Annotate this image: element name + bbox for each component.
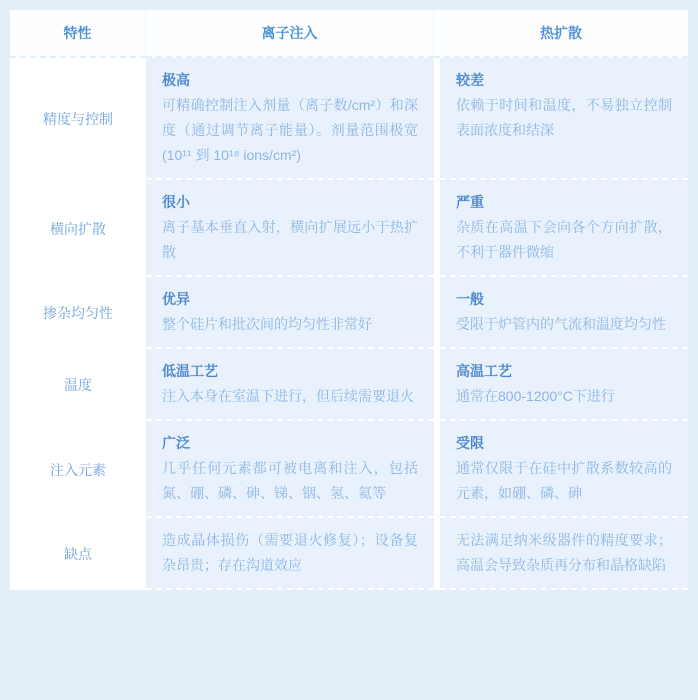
ion-cell: 低温工艺 注入本身在室温下进行，但后续需要退火: [146, 349, 434, 421]
thermal-lead: 一般: [456, 287, 672, 312]
ion-lead: 广泛: [162, 431, 418, 456]
ion-body: 几乎任何元素都可被电离和注入，包括氮、硼、磷、砷、锑、铟、氢、氦等: [162, 456, 418, 506]
comparison-table: 特性 离子注入 热扩散 精度与控制 极高 可精确控制注入剂量（离子数/cm²）和…: [10, 10, 688, 590]
feature-label: 横向扩散: [10, 180, 146, 277]
thermal-body: 通常在800-1200°C下进行: [456, 384, 672, 409]
ion-lead: 极高: [162, 68, 418, 93]
feature-label: 注入元素: [10, 421, 146, 518]
table-header-row: 特性 离子注入 热扩散: [10, 10, 688, 58]
table-row: 横向扩散 很小 离子基本垂直入射，横向扩展远小于热扩散 严重 杂质在高温下会向各…: [10, 180, 688, 277]
thermal-lead: 较差: [456, 68, 672, 93]
thermal-body: 依赖于时间和温度，不易独立控制表面浓度和结深: [456, 93, 672, 143]
header-cell-ion-implantation: 离子注入: [146, 10, 434, 58]
thermal-cell: 高温工艺 通常在800-1200°C下进行: [440, 349, 688, 421]
thermal-body: 杂质在高温下会向各个方向扩散，不利于器件微缩: [456, 215, 672, 265]
ion-cell: 极高 可精确控制注入剂量（离子数/cm²）和深度（通过调节离子能量）。剂量范围极…: [146, 58, 434, 180]
thermal-body: 无法满足纳米级器件的精度要求；高温会导致杂质再分布和晶格缺陷: [456, 528, 672, 578]
ion-body: 离子基本垂直入射，横向扩展远小于热扩散: [162, 215, 418, 265]
ion-lead: 低温工艺: [162, 359, 418, 384]
ion-body: 整个硅片和批次间的均匀性非常好: [162, 312, 418, 337]
table-row: 精度与控制 极高 可精确控制注入剂量（离子数/cm²）和深度（通过调节离子能量）…: [10, 58, 688, 180]
ion-body: 注入本身在室温下进行，但后续需要退火: [162, 384, 418, 409]
header-cell-feature: 特性: [10, 10, 146, 58]
table-row: 注入元素 广泛 几乎任何元素都可被电离和注入，包括氮、硼、磷、砷、锑、铟、氢、氦…: [10, 421, 688, 518]
table-row: 缺点 造成晶体损伤（需要退火修复）；设备复杂昂贵；存在沟道效应 无法满足纳米级器…: [10, 518, 688, 590]
ion-body: 可精确控制注入剂量（离子数/cm²）和深度（通过调节离子能量）。剂量范围极宽(1…: [162, 93, 418, 168]
ion-lead: 很小: [162, 190, 418, 215]
thermal-body: 通常仅限于在硅中扩散系数较高的元素，如硼、磷、砷: [456, 456, 672, 506]
thermal-lead: 高温工艺: [456, 359, 672, 384]
thermal-cell: 受限 通常仅限于在硅中扩散系数较高的元素，如硼、磷、砷: [440, 421, 688, 518]
table-row: 掺杂均匀性 优异 整个硅片和批次间的均匀性非常好 一般 受限于炉管内的气流和温度…: [10, 277, 688, 349]
ion-cell: 造成晶体损伤（需要退火修复）；设备复杂昂贵；存在沟道效应: [146, 518, 434, 590]
header-cell-thermal-diffusion: 热扩散: [434, 10, 688, 58]
feature-label: 温度: [10, 349, 146, 421]
feature-label: 精度与控制: [10, 58, 146, 180]
thermal-cell: 无法满足纳米级器件的精度要求；高温会导致杂质再分布和晶格缺陷: [440, 518, 688, 590]
thermal-cell: 严重 杂质在高温下会向各个方向扩散，不利于器件微缩: [440, 180, 688, 277]
thermal-lead: 严重: [456, 190, 672, 215]
ion-body: 造成晶体损伤（需要退火修复）；设备复杂昂贵；存在沟道效应: [162, 528, 418, 578]
page: 特性 离子注入 热扩散 精度与控制 极高 可精确控制注入剂量（离子数/cm²）和…: [0, 0, 698, 700]
thermal-cell: 一般 受限于炉管内的气流和温度均匀性: [440, 277, 688, 349]
ion-cell: 广泛 几乎任何元素都可被电离和注入，包括氮、硼、磷、砷、锑、铟、氢、氦等: [146, 421, 434, 518]
table-row: 温度 低温工艺 注入本身在室温下进行，但后续需要退火 高温工艺 通常在800-1…: [10, 349, 688, 421]
ion-lead: 优异: [162, 287, 418, 312]
ion-cell: 很小 离子基本垂直入射，横向扩展远小于热扩散: [146, 180, 434, 277]
thermal-body: 受限于炉管内的气流和温度均匀性: [456, 312, 672, 337]
feature-label: 掺杂均匀性: [10, 277, 146, 349]
thermal-lead: 受限: [456, 431, 672, 456]
ion-cell: 优异 整个硅片和批次间的均匀性非常好: [146, 277, 434, 349]
thermal-cell: 较差 依赖于时间和温度，不易独立控制表面浓度和结深: [440, 58, 688, 180]
feature-label: 缺点: [10, 518, 146, 590]
